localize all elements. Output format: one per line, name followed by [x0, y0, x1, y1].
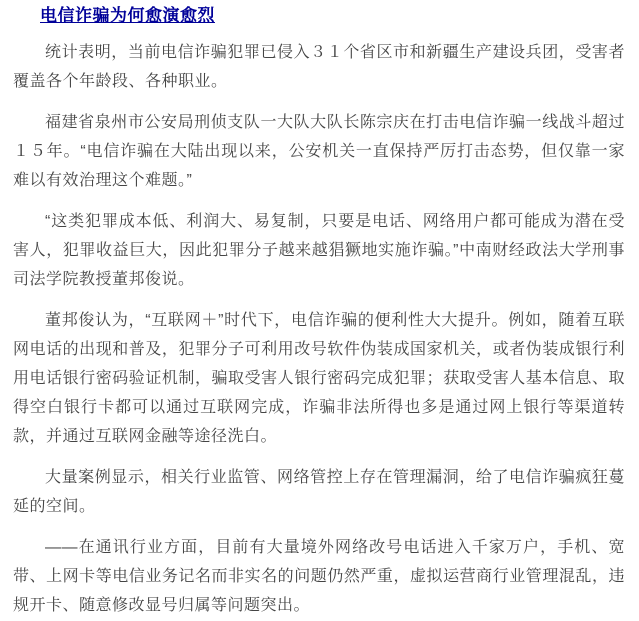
article-header: 电信诈骗为何愈演愈烈 — [13, 4, 625, 38]
article-paragraph-6: ——在通讯行业方面，目前有大量境外网络改号电话进入千家万户，手机、宽带、上网卡等… — [13, 533, 625, 620]
article-paragraph-1: 统计表明，当前电信诈骗犯罪已侵入３１个省区市和新疆生产建设兵团，受害者覆盖各个年… — [13, 38, 625, 96]
article-paragraph-2: 福建省泉州市公安局刑侦支队一大队大队长陈宗庆在打击电信诈骗一线战斗超过１５年。“… — [13, 108, 625, 195]
page-title[interactable]: 电信诈骗为何愈演愈烈 — [40, 6, 215, 26]
article-paragraph-3: “这类犯罪成本低、利润大、易复制，只要是电话、网络用户都可能成为潜在受害人，犯罪… — [13, 207, 625, 294]
article-paragraph-4: 董邦俊认为，“互联网＋”时代下，电信诈骗的便利性大大提升。例如，随着互联网电话的… — [13, 306, 625, 451]
article-paragraph-5: 大量案例显示，相关行业监管、网络管控上存在管理漏洞，给了电信诈骗疯狂蔓延的空间。 — [13, 463, 625, 521]
article: 电信诈骗为何愈演愈烈 统计表明，当前电信诈骗犯罪已侵入３１个省区市和新疆生产建设… — [0, 0, 639, 620]
